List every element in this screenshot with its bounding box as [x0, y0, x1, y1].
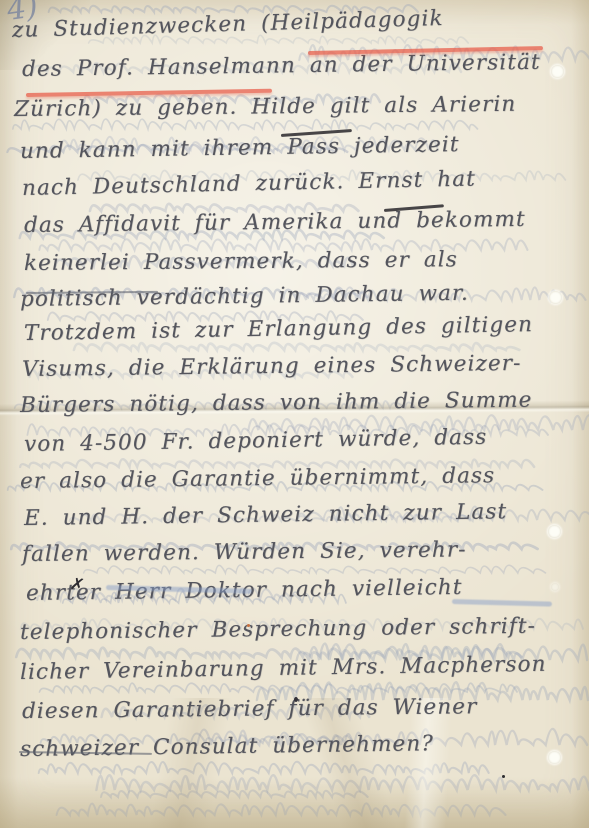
handwritten-line: diesen Garantiebrief für das Wiener [22, 694, 478, 724]
ink-speck [502, 775, 505, 778]
paper-flaw-dot [551, 583, 559, 591]
punch-hole [551, 65, 564, 78]
page-number-mark: 4) [5, 0, 40, 28]
handwritten-line: keinerlei Passvermerk, dass er als [24, 247, 458, 276]
punch-hole [548, 525, 561, 538]
handwritten-line: Bürgers nötig, dass von ihm die Summe [20, 388, 533, 418]
red-speck [247, 624, 250, 627]
handwritten-line: fallen werden. Würden Sie, verehr- [22, 537, 467, 567]
handwritten-line: Zürich) zu geben. Hilde gilt als Arierin [14, 92, 517, 122]
letter-page: zu Studienzwecken (Heilpädagogik des Pro… [0, 0, 589, 828]
punch-hole [548, 751, 561, 764]
punch-hole [549, 291, 562, 304]
ink-speck [294, 697, 298, 702]
